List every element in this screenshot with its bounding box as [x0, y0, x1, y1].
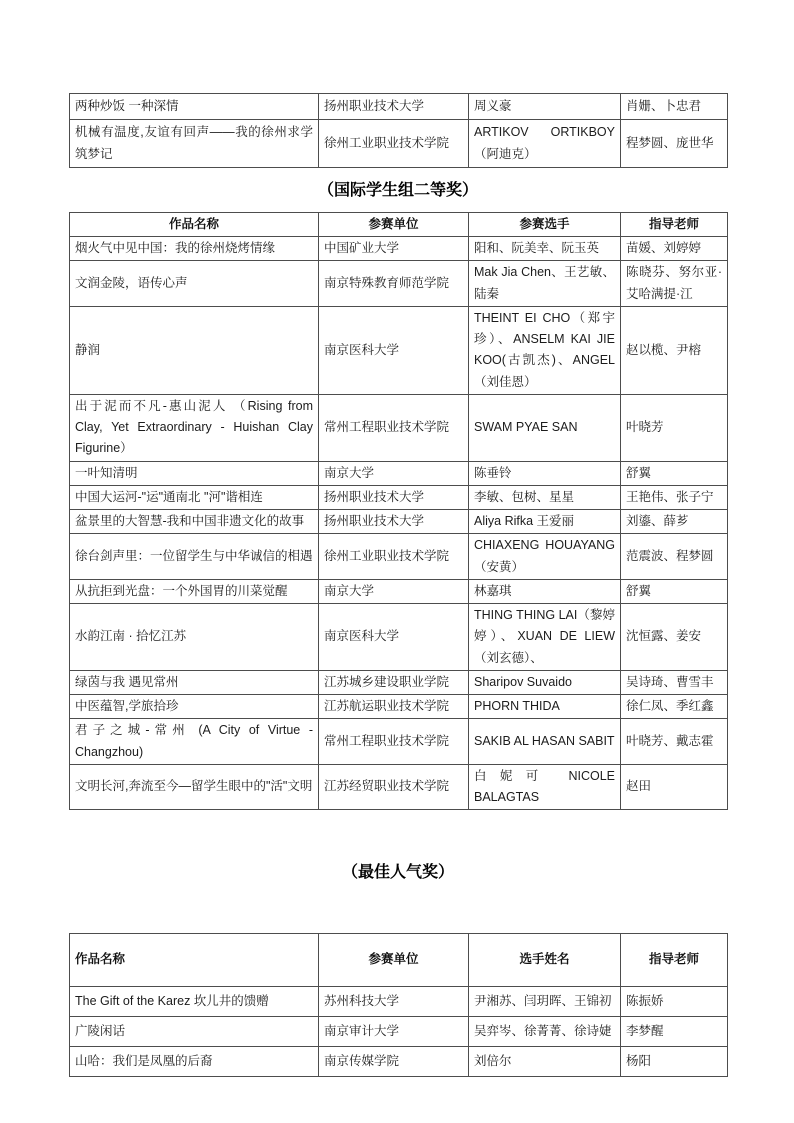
table-row: 两种炒饭 一种深情扬州职业技术大学周义豪肖姗、卜忠君 — [70, 94, 728, 120]
cell-work-title: 水韵江南 · 拾忆江苏 — [70, 604, 319, 671]
cell-contestants: 阳和、阮美幸、阮玉英 — [469, 237, 621, 261]
cell-work-title: 中医蕴智,学旅拾珍 — [70, 695, 319, 719]
table-header-row: 作品名称 参赛单位 选手姓名 指导老师 — [70, 934, 728, 986]
cell-contestants: 尹湘苏、闫玥晖、王锦初 — [469, 986, 621, 1016]
cell-contestants: THING THING LAI（黎婷婷）、XUAN DE LIEW（刘玄德）、 — [469, 604, 621, 671]
cell-teachers: 吴诗琦、曹雪丰 — [621, 670, 728, 694]
cell-teachers: 李梦醒 — [621, 1016, 728, 1046]
table-header-row: 作品名称 参赛单位 参赛选手 指导老师 — [70, 212, 728, 236]
table-row: 君子之城-常州 (A City of Virtue - Changzhou)常州… — [70, 719, 728, 765]
cell-unit: 南京大学 — [319, 461, 469, 485]
table-row: 文润金陵，语传心声南京特殊教育师范学院Mak Jia Chen、王艺敏、陆秦陈晓… — [70, 261, 728, 307]
cell-teachers: 杨阳 — [621, 1047, 728, 1077]
cell-teachers: 王艳伟、张子宁 — [621, 485, 728, 509]
cell-work-title: 中国大运河-"运"通南北 "河"谐相连 — [70, 485, 319, 509]
table-row: 烟火气中见中国：我的徐州烧烤情缘中国矿业大学阳和、阮美幸、阮玉英苗媛、刘婷婷 — [70, 237, 728, 261]
section-heading-best-popularity-award: （最佳人气奖） — [69, 859, 727, 882]
cell-contestants: 李敏、包树、星星 — [469, 485, 621, 509]
table-row: 静润南京医科大学THEINT EI CHO（郑宇珍）、ANSELM KAI JI… — [70, 306, 728, 394]
cell-teachers: 范震波、程梦圆 — [621, 534, 728, 580]
cell-unit: 苏州科技大学 — [319, 986, 469, 1016]
cell-unit: 南京大学 — [319, 579, 469, 603]
column-header-work-title: 作品名称 — [70, 934, 319, 986]
cell-work-title: 广陵闲话 — [70, 1016, 319, 1046]
cell-unit: 徐州工业职业技术学院 — [319, 534, 469, 580]
cell-contestants: ARTIKOV ORTIKBOY（阿迪克） — [469, 120, 621, 168]
cell-contestants: 白妮可 NICOLE BALAGTAS — [469, 764, 621, 810]
column-header-teachers: 指导老师 — [621, 934, 728, 986]
cell-teachers: 徐仁凤、季红鑫 — [621, 695, 728, 719]
cell-work-title: 从抗拒到光盘：一个外国胃的川菜觉醒 — [70, 579, 319, 603]
cell-work-title: 静润 — [70, 306, 319, 394]
cell-teachers: 陈振娇 — [621, 986, 728, 1016]
cell-contestants: THEINT EI CHO（郑宇珍）、ANSELM KAI JIE KOO(古凯… — [469, 306, 621, 394]
table-row: 出于泥而不凡-惠山泥人 （Rising from Clay, Yet Extra… — [70, 394, 728, 461]
table-row: 文明长河,奔流至今—留学生眼中的"活"文明江苏经贸职业技术学院白妮可 NICOL… — [70, 764, 728, 810]
cell-work-title: 两种炒饭 一种深情 — [70, 94, 319, 120]
cell-unit: 南京特殊教育师范学院 — [319, 261, 469, 307]
cell-teachers: 叶晓芳、戴志霍 — [621, 719, 728, 765]
section-heading-international-second-prize: （国际学生组二等奖） — [69, 177, 727, 200]
cell-unit: 中国矿业大学 — [319, 237, 469, 261]
cell-unit: 常州工程职业技术学院 — [319, 719, 469, 765]
cell-contestants: 刘倍尔 — [469, 1047, 621, 1077]
cell-teachers: 舒翼 — [621, 461, 728, 485]
cell-unit: 江苏城乡建设职业学院 — [319, 670, 469, 694]
table-row: 中医蕴智,学旅拾珍江苏航运职业技术学院PHORN THIDA徐仁凤、季红鑫 — [70, 695, 728, 719]
table-row: 广陵闲话南京审计大学吴弈岑、徐菁菁、徐诗婕李梦醒 — [70, 1016, 728, 1046]
table-row: 盆景里的大智慧-我和中国非遗文化的故事扬州职业技术大学Aliya Rifka 王… — [70, 510, 728, 534]
cell-teachers: 程梦圆、庞世华 — [621, 120, 728, 168]
document-page: 两种炒饭 一种深情扬州职业技术大学周义豪肖姗、卜忠君机械有温度,友谊有回声——我… — [0, 0, 794, 1123]
table-row: 机械有温度,友谊有回声——我的徐州求学筑梦记徐州工业职业技术学院ARTIKOV … — [70, 120, 728, 168]
table-row: 绿茵与我 遇见常州江苏城乡建设职业学院Sharipov Suvaido吴诗琦、曹… — [70, 670, 728, 694]
column-header-work-title: 作品名称 — [70, 212, 319, 236]
table-row: 一叶知清明南京大学陈垂铃舒翼 — [70, 461, 728, 485]
cell-unit: 南京医科大学 — [319, 306, 469, 394]
best-popularity-award-table: 作品名称 参赛单位 选手姓名 指导老师 The Gift of the Kare… — [69, 933, 728, 1077]
cell-work-title: 文润金陵，语传心声 — [70, 261, 319, 307]
cell-contestants: Mak Jia Chen、王艺敏、陆秦 — [469, 261, 621, 307]
cell-unit: 常州工程职业技术学院 — [319, 394, 469, 461]
cell-work-title: 徐台剑声里：一位留学生与中华诚信的相遇 — [70, 534, 319, 580]
cell-unit: 扬州职业技术大学 — [319, 485, 469, 509]
international-second-prize-table: 作品名称 参赛单位 参赛选手 指导老师 烟火气中见中国：我的徐州烧烤情缘中国矿业… — [69, 212, 728, 811]
cell-work-title: 机械有温度,友谊有回声——我的徐州求学筑梦记 — [70, 120, 319, 168]
table-row: 水韵江南 · 拾忆江苏南京医科大学THING THING LAI（黎婷婷）、XU… — [70, 604, 728, 671]
column-header-contestants: 参赛选手 — [469, 212, 621, 236]
cell-unit: 扬州职业技术大学 — [319, 510, 469, 534]
cell-contestants: 林嘉琪 — [469, 579, 621, 603]
cell-contestants: 周义豪 — [469, 94, 621, 120]
cell-teachers: 陈晓芬、努尔亚·艾哈满提·江 — [621, 261, 728, 307]
cell-contestants: Aliya Rifka 王爱丽 — [469, 510, 621, 534]
cell-unit: 徐州工业职业技术学院 — [319, 120, 469, 168]
cell-contestants: 陈垂铃 — [469, 461, 621, 485]
table-row: 山哈：我们是凤凰的后裔南京传媒学院刘倍尔杨阳 — [70, 1047, 728, 1077]
cell-work-title: The Gift of the Karez 坎儿井的馈赠 — [70, 986, 319, 1016]
column-header-teachers: 指导老师 — [621, 212, 728, 236]
cell-work-title: 烟火气中见中国：我的徐州烧烤情缘 — [70, 237, 319, 261]
cell-teachers: 赵田 — [621, 764, 728, 810]
cell-teachers: 赵以榄、尹榕 — [621, 306, 728, 394]
continuation-award-table: 两种炒饭 一种深情扬州职业技术大学周义豪肖姗、卜忠君机械有温度,友谊有回声——我… — [69, 93, 728, 168]
cell-unit: 南京传媒学院 — [319, 1047, 469, 1077]
cell-unit: 南京医科大学 — [319, 604, 469, 671]
cell-contestants: CHIAXENG HOUAYANG（安黄） — [469, 534, 621, 580]
table-row: 徐台剑声里：一位留学生与中华诚信的相遇徐州工业职业技术学院CHIAXENG HO… — [70, 534, 728, 580]
cell-teachers: 肖姗、卜忠君 — [621, 94, 728, 120]
cell-teachers: 舒翼 — [621, 579, 728, 603]
column-header-unit: 参赛单位 — [319, 212, 469, 236]
cell-teachers: 刘鎏、薛芗 — [621, 510, 728, 534]
cell-work-title: 文明长河,奔流至今—留学生眼中的"活"文明 — [70, 764, 319, 810]
cell-work-title: 一叶知清明 — [70, 461, 319, 485]
table-row: 从抗拒到光盘：一个外国胃的川菜觉醒南京大学林嘉琪舒翼 — [70, 579, 728, 603]
column-header-unit: 参赛单位 — [319, 934, 469, 986]
cell-unit: 江苏经贸职业技术学院 — [319, 764, 469, 810]
table-row: The Gift of the Karez 坎儿井的馈赠苏州科技大学尹湘苏、闫玥… — [70, 986, 728, 1016]
cell-unit: 江苏航运职业技术学院 — [319, 695, 469, 719]
cell-unit: 南京审计大学 — [319, 1016, 469, 1046]
cell-work-title: 盆景里的大智慧-我和中国非遗文化的故事 — [70, 510, 319, 534]
cell-contestants: SWAM PYAE SAN — [469, 394, 621, 461]
cell-teachers: 叶晓芳 — [621, 394, 728, 461]
cell-contestants: SAKIB AL HASAN SABIT — [469, 719, 621, 765]
cell-contestants: 吴弈岑、徐菁菁、徐诗婕 — [469, 1016, 621, 1046]
table-row: 中国大运河-"运"通南北 "河"谐相连扬州职业技术大学李敏、包树、星星王艳伟、张… — [70, 485, 728, 509]
cell-work-title: 君子之城-常州 (A City of Virtue - Changzhou) — [70, 719, 319, 765]
cell-contestants: Sharipov Suvaido — [469, 670, 621, 694]
cell-work-title: 山哈：我们是凤凰的后裔 — [70, 1047, 319, 1077]
cell-contestants: PHORN THIDA — [469, 695, 621, 719]
cell-unit: 扬州职业技术大学 — [319, 94, 469, 120]
cell-work-title: 绿茵与我 遇见常州 — [70, 670, 319, 694]
cell-teachers: 苗媛、刘婷婷 — [621, 237, 728, 261]
column-header-contestant-name: 选手姓名 — [469, 934, 621, 986]
cell-work-title: 出于泥而不凡-惠山泥人 （Rising from Clay, Yet Extra… — [70, 394, 319, 461]
cell-teachers: 沈恒露、姜安 — [621, 604, 728, 671]
